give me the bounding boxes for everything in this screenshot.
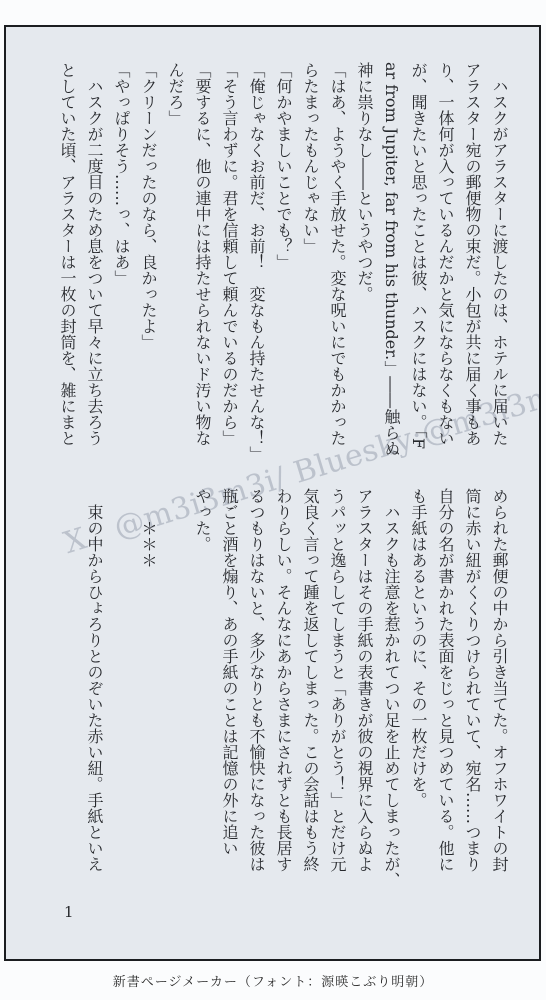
text-line: められた郵便の中から引き当てた。オフホワイトの封: [486, 488, 513, 900]
text-line: 自分の名が書かれた表面をじっと見つめている。他に: [432, 488, 459, 900]
novel-page: X：@m3i3m3i/ Bluesky:@m3i3m3i ハスクがアラスターに渡…: [4, 25, 541, 961]
upper-text-block: ハスクがアラスターに渡したのは、ホテルに届いた アラスター宛の郵便物の束だ。小包…: [54, 62, 513, 466]
text-line: ハスクも注意を惹かれてつい足を止めてしまったが、: [378, 488, 405, 900]
footer-credit: 新書ページメーカー（フォント：源暎こぶり明朝）: [0, 971, 546, 990]
text-line: アラスターはその手紙の表書きが彼の視界に入らぬよ: [351, 488, 378, 900]
text-line: り、一体何が入っているんだかと気にならなくもない: [432, 62, 459, 466]
text-line: 「やっぱりそう……っ、はあ」: [108, 62, 135, 466]
text-line: ハスクがアラスターに渡したのは、ホテルに届いた: [486, 62, 513, 466]
text-line: んだろ」: [162, 62, 189, 466]
text-line: も手紙はあるというのに、その一枚だけを。: [405, 488, 432, 900]
text-line: 「はあ、ようやく手放せた。変な呪いにでもかかった: [324, 62, 351, 466]
text-line: ar from Jupiter, far from his thunder.」―…: [378, 62, 405, 466]
text-line: としていた頃、アラスターは一枚の封筒を、雑にまと: [54, 62, 81, 466]
text-line: らたまったもんじゃない」: [297, 62, 324, 466]
lower-text-block: められた郵便の中から引き当てた。オフホワイトの封 筒に赤い紐がくくりつけられてい…: [81, 488, 513, 900]
page-number: 1: [64, 903, 74, 921]
text-line: るつもりはないと、多少なりとも不愉快になった彼は: [243, 488, 270, 900]
text-line: 筒に赤い紐がくくりつけられていて、宛名……つまり: [459, 488, 486, 900]
scene-separator: ＊＊＊: [135, 488, 162, 900]
text-line: 「クリーンだったのなら、良かったよ」: [135, 62, 162, 466]
text-line: わりらしい。そんなにあからさまにされずとも長居す: [270, 488, 297, 900]
text-line: 瓶ごと酒を煽り、あの手紙のことは記憶の外に追い: [216, 488, 243, 900]
text-line: アラスター宛の郵便物の束だ。小包が共に届く事もあ: [459, 62, 486, 466]
text-line: 「要するに、他の連中には持たせられないド汚い物な: [189, 62, 216, 466]
text-line: ハスクが二度目のため息をついて早々に立ち去ろう: [81, 62, 108, 466]
text-line: うパッと逸らしてしまうと「ありがとう！」とだけ元: [324, 488, 351, 900]
text-line: 「何かやましいことでも？」: [270, 62, 297, 466]
text-line: が、聞きたいと思ったことは彼、ハスクにはない。「F: [405, 62, 432, 466]
text-line: 「そう言わずに。君を信頼して頼んでいるのだから」: [216, 62, 243, 466]
blank-line: [162, 488, 189, 900]
blank-line: [108, 488, 135, 900]
text-line: 気良く言って踵を返してしまった。この会話はもう終: [297, 488, 324, 900]
text-line: 「俺じゃなくお前だ、お前！ 変なもん持たせんな！」: [243, 62, 270, 466]
text-line: 束の中からひょろりとのぞいた赤い紐。手紙といえ: [81, 488, 108, 900]
text-line: やった。: [189, 488, 216, 900]
text-line: 神に祟りなし――というやつだ。: [351, 62, 378, 466]
